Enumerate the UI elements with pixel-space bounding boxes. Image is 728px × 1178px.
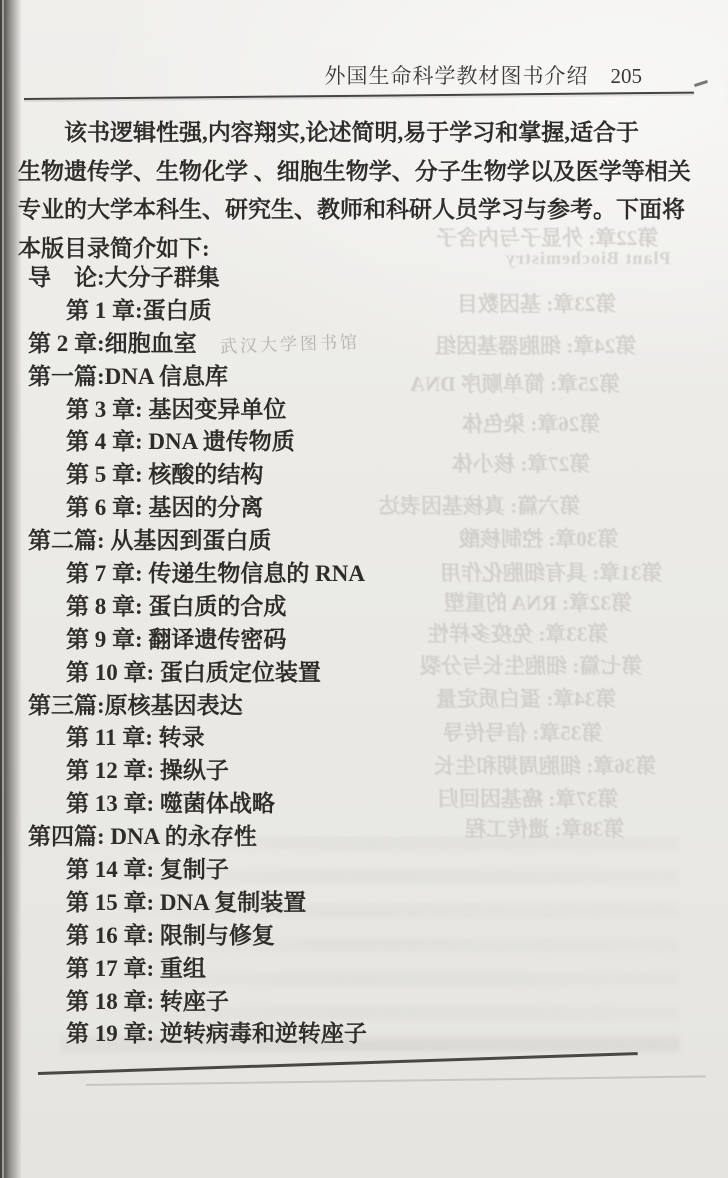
toc-line: 第 5 章: 核酸的结构 [0,459,700,492]
toc-line: 第 9 章: 翻译遗传密码 [0,624,700,657]
toc-line: 第二篇: 从基因到蛋白质 [0,525,700,558]
table-of-contents: 导 论:大分子群集第 1 章:蛋白质第 2 章:细胞血室第一篇:DNA 信息库第… [0,262,700,1051]
scanned-book-page: 第22章: 外显子与内含子Plant Biochemistry第23章: 基因数… [0,0,728,1178]
toc-line: 第 18 章: 转座子 [0,986,700,1019]
intro-paragraph: 该书逻辑性强,内容翔实,论述简明,易于学习和掌握,适合于 生物遗传学、生物化学 … [18,114,708,268]
footer-rule [38,1052,638,1074]
toc-line: 第 2 章:细胞血室 [0,328,700,361]
toc-line: 第 7 章: 传递生物信息的 RNA [0,558,700,591]
toc-line: 第三篇:原核基因表达 [0,690,700,723]
toc-line: 第 6 章: 基因的分离 [0,492,700,525]
header-rule [24,92,694,100]
toc-line: 第 16 章: 限制与修复 [0,920,700,953]
paragraph-line: 生物遗传学、生物化学 、细胞生物学、分子生物学以及医学等相关 [18,153,708,192]
scan-artifact-speck [694,80,708,87]
toc-line: 第 11 章: 转录 [0,722,700,755]
paragraph-line: 专业的大学本科生、研究生、教师和科研人员学习与参考。下面将 [18,191,708,230]
toc-line: 第 8 章: 蛋白质的合成 [0,591,700,624]
running-header: 外国生命科学教材图书介绍205 [325,60,643,90]
paragraph-line: 该书逻辑性强,内容翔实,论述简明,易于学习和掌握,适合于 [18,114,708,153]
page-number: 205 [611,64,643,88]
toc-line: 第 4 章: DNA 遗传物质 [0,426,700,459]
header-title: 外国生命科学教材图书介绍 [325,64,589,88]
toc-line: 第 10 章: 蛋白质定位装置 [0,657,700,690]
toc-line: 第 1 章:蛋白质 [0,295,700,328]
toc-line: 第 17 章: 重组 [0,953,700,986]
toc-line: 第四篇: DNA 的永存性 [0,821,700,854]
toc-line: 第 15 章: DNA 复制装置 [0,887,700,920]
toc-line: 第 3 章: 基因变异单位 [0,394,700,427]
toc-line: 导 论:大分子群集 [0,262,700,295]
toc-line: 第 13 章: 噬菌体战略 [0,788,700,821]
toc-line: 第一篇:DNA 信息库 [0,361,700,394]
toc-line: 第 14 章: 复制子 [0,854,700,887]
footer-rule-faint [86,1075,706,1086]
toc-line: 第 19 章: 逆转病毒和逆转座子 [0,1018,700,1051]
toc-line: 第 12 章: 操纵子 [0,755,700,788]
